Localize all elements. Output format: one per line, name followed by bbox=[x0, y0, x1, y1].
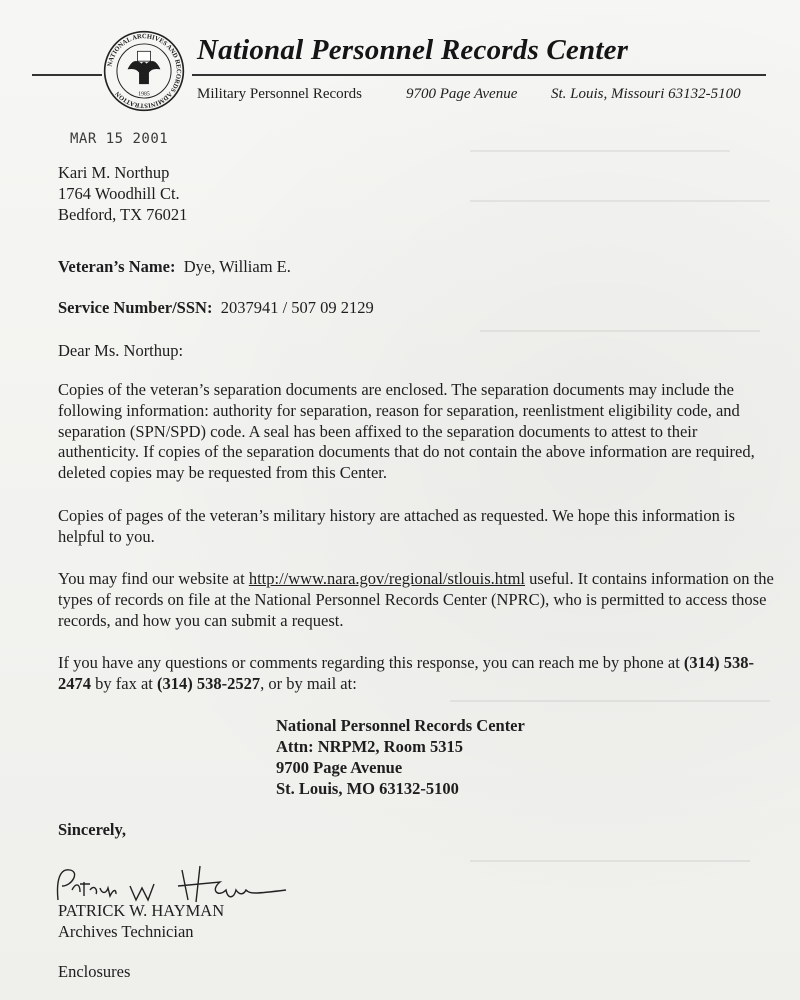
recipient-name: Kari M. Northup bbox=[58, 162, 187, 183]
signer-block: PATRICK W. HAYMAN Archives Technician bbox=[58, 900, 224, 942]
paragraph-website: You may find our website at http://www.n… bbox=[58, 569, 778, 631]
svg-text:1985: 1985 bbox=[138, 92, 150, 98]
letterhead-city: St. Louis, Missouri 63132-5100 bbox=[551, 86, 741, 103]
service-number-label: Service Number/SSN: bbox=[58, 298, 212, 317]
mailing-line-3: 9700 Page Avenue bbox=[276, 757, 525, 778]
bleed-through-mark bbox=[480, 330, 760, 332]
paragraph-military-history: Copies of pages of the veteran’s militar… bbox=[58, 506, 778, 548]
service-number-value: 2037941 / 507 09 2129 bbox=[221, 298, 374, 317]
signer-title: Archives Technician bbox=[58, 921, 224, 942]
bleed-through-mark bbox=[470, 200, 770, 202]
bleed-through-mark bbox=[450, 700, 770, 702]
mailing-line-2: Attn: NRPM2, Room 5315 bbox=[276, 736, 525, 757]
closing: Sincerely, bbox=[58, 820, 126, 840]
bleed-through-mark bbox=[470, 860, 750, 862]
letterhead-street: 9700 Page Avenue bbox=[406, 86, 517, 103]
letterhead-title: National Personnel Records Center bbox=[197, 34, 628, 67]
signer-name: PATRICK W. HAYMAN bbox=[58, 900, 224, 921]
fax-number: (314) 538-2527 bbox=[157, 674, 260, 693]
mailing-line-1: National Personnel Records Center bbox=[276, 715, 525, 736]
letterhead-rule bbox=[32, 74, 102, 76]
recipient-address: Kari M. Northup 1764 Woodhill Ct. Bedfor… bbox=[58, 162, 187, 225]
veteran-name-label: Veteran’s Name: bbox=[58, 257, 175, 276]
letterhead-rule bbox=[192, 74, 766, 76]
bleed-through-mark bbox=[470, 150, 730, 152]
veteran-name-row: Veteran’s Name: Dye, William E. bbox=[58, 256, 291, 277]
enclosures-note: Enclosures bbox=[58, 962, 130, 982]
paragraph-contact: If you have any questions or comments re… bbox=[58, 653, 778, 695]
contact-text-mid: by fax at bbox=[91, 674, 157, 693]
nara-seal-icon: NATIONAL ARCHIVES AND RECORDS ADMINISTRA… bbox=[103, 30, 185, 112]
date-stamp: MAR 15 2001 bbox=[70, 131, 168, 147]
letter-page: NATIONAL ARCHIVES AND RECORDS ADMINISTRA… bbox=[0, 0, 800, 1000]
mailing-address: National Personnel Records Center Attn: … bbox=[276, 715, 525, 799]
contact-text-after: , or by mail at: bbox=[260, 674, 357, 693]
letterhead-division: Military Personnel Records bbox=[197, 86, 362, 103]
website-text-before: You may find our website at bbox=[58, 569, 249, 588]
recipient-city: Bedford, TX 76021 bbox=[58, 204, 187, 225]
contact-text-before: If you have any questions or comments re… bbox=[58, 653, 684, 672]
mailing-line-4: St. Louis, MO 63132-5100 bbox=[276, 778, 525, 799]
website-link[interactable]: http://www.nara.gov/regional/stlouis.htm… bbox=[249, 569, 525, 588]
salutation: Dear Ms. Northup: bbox=[58, 340, 183, 361]
veteran-name-value: Dye, William E. bbox=[184, 257, 291, 276]
service-number-row: Service Number/SSN: 2037941 / 507 09 212… bbox=[58, 297, 374, 318]
recipient-street: 1764 Woodhill Ct. bbox=[58, 183, 187, 204]
paragraph-separation-docs: Copies of the veteran’s separation docum… bbox=[58, 380, 778, 484]
